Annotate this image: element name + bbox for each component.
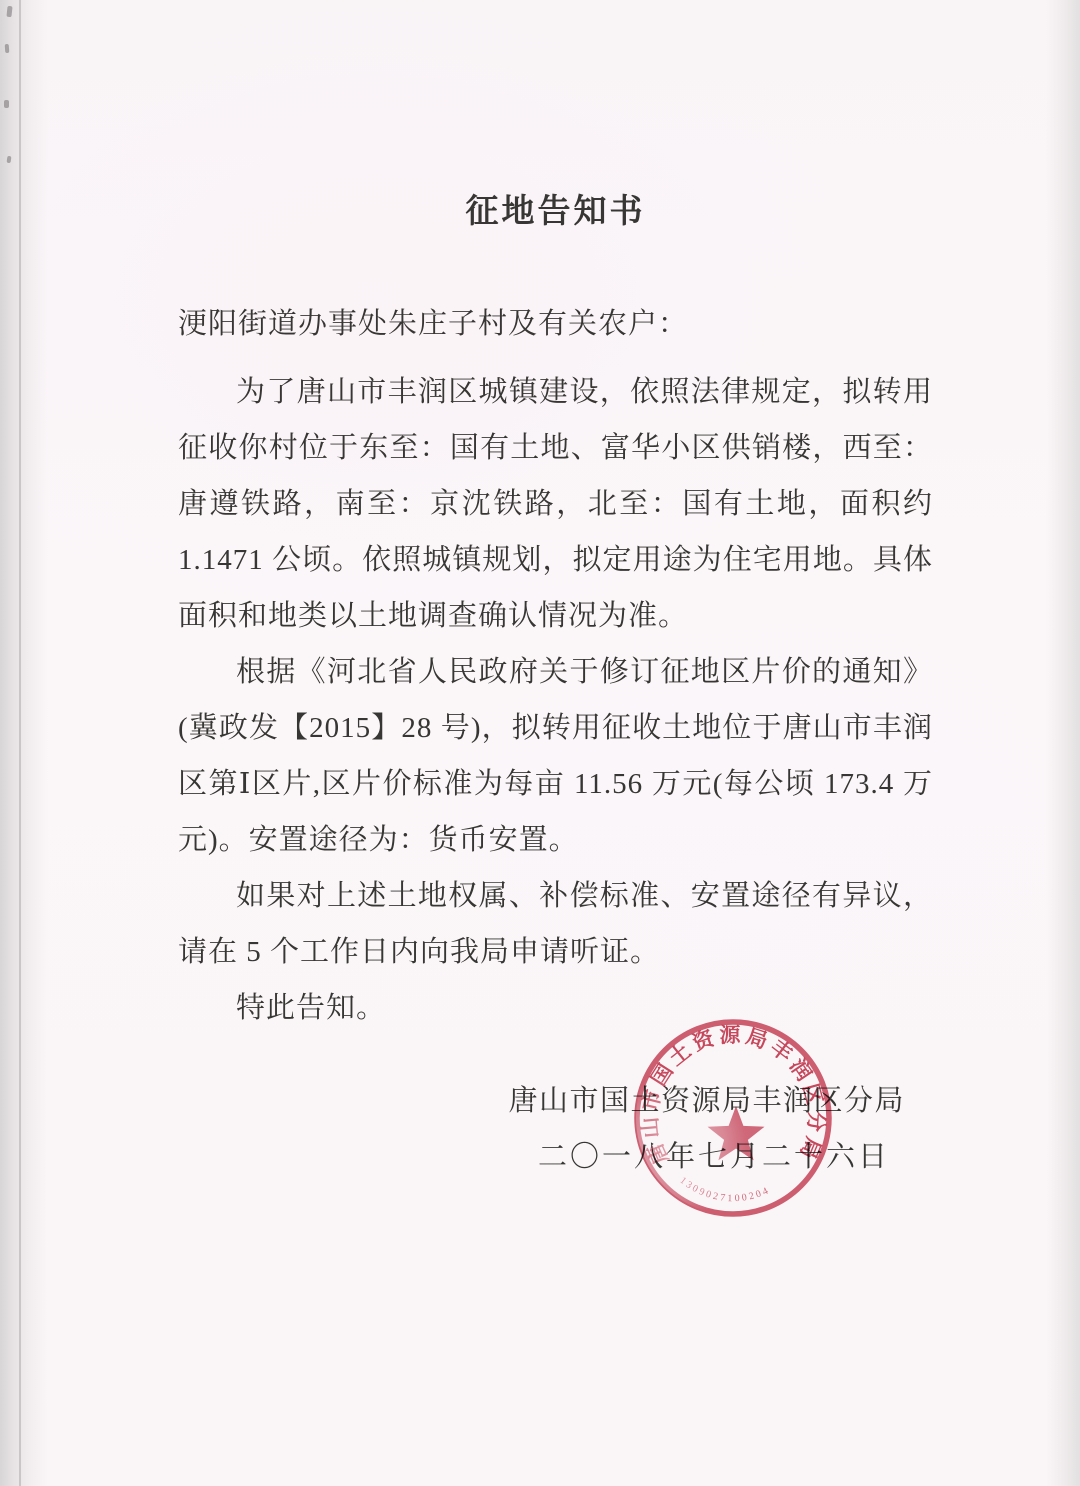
document-body: 征地告知书 浭阳街道办事处朱庄子村及有关农户： 为了唐山市丰润区城镇建设，依照法… (178, 190, 933, 1036)
scanned-document-page: 征地告知书 浭阳街道办事处朱庄子村及有关农户： 为了唐山市丰润区城镇建设，依照法… (0, 0, 1080, 1486)
paragraph-land-description: 为了唐山市丰润区城镇建设，依照法律规定，拟转用征收你村位于东至：国有土地、富华小… (178, 364, 933, 644)
salutation-line: 浭阳街道办事处朱庄子村及有关农户： (178, 296, 933, 352)
paragraph-compensation-standard: 根据《河北省人民政府关于修订征地区片价的通知》(冀政发【2015】28 号)，拟… (178, 644, 933, 868)
scan-artifact-speck (5, 44, 10, 53)
official-seal: 唐山市国土资源局丰润区分局 1309027100204 (603, 988, 863, 1248)
document-title: 征地告知书 (178, 190, 933, 234)
scan-right-edge-shadow (1046, 0, 1080, 1486)
scan-artifact-speck (4, 100, 9, 108)
scan-left-edge-shadow (0, 0, 48, 1486)
paragraph-objection-notice: 如果对上述土地权属、补偿标准、安置途径有异议，请在 5 个工作日内向我局申请听证… (178, 868, 933, 980)
scan-left-edge-line (19, 0, 21, 1486)
seal-uneven-ink-fade (636, 1021, 830, 1215)
